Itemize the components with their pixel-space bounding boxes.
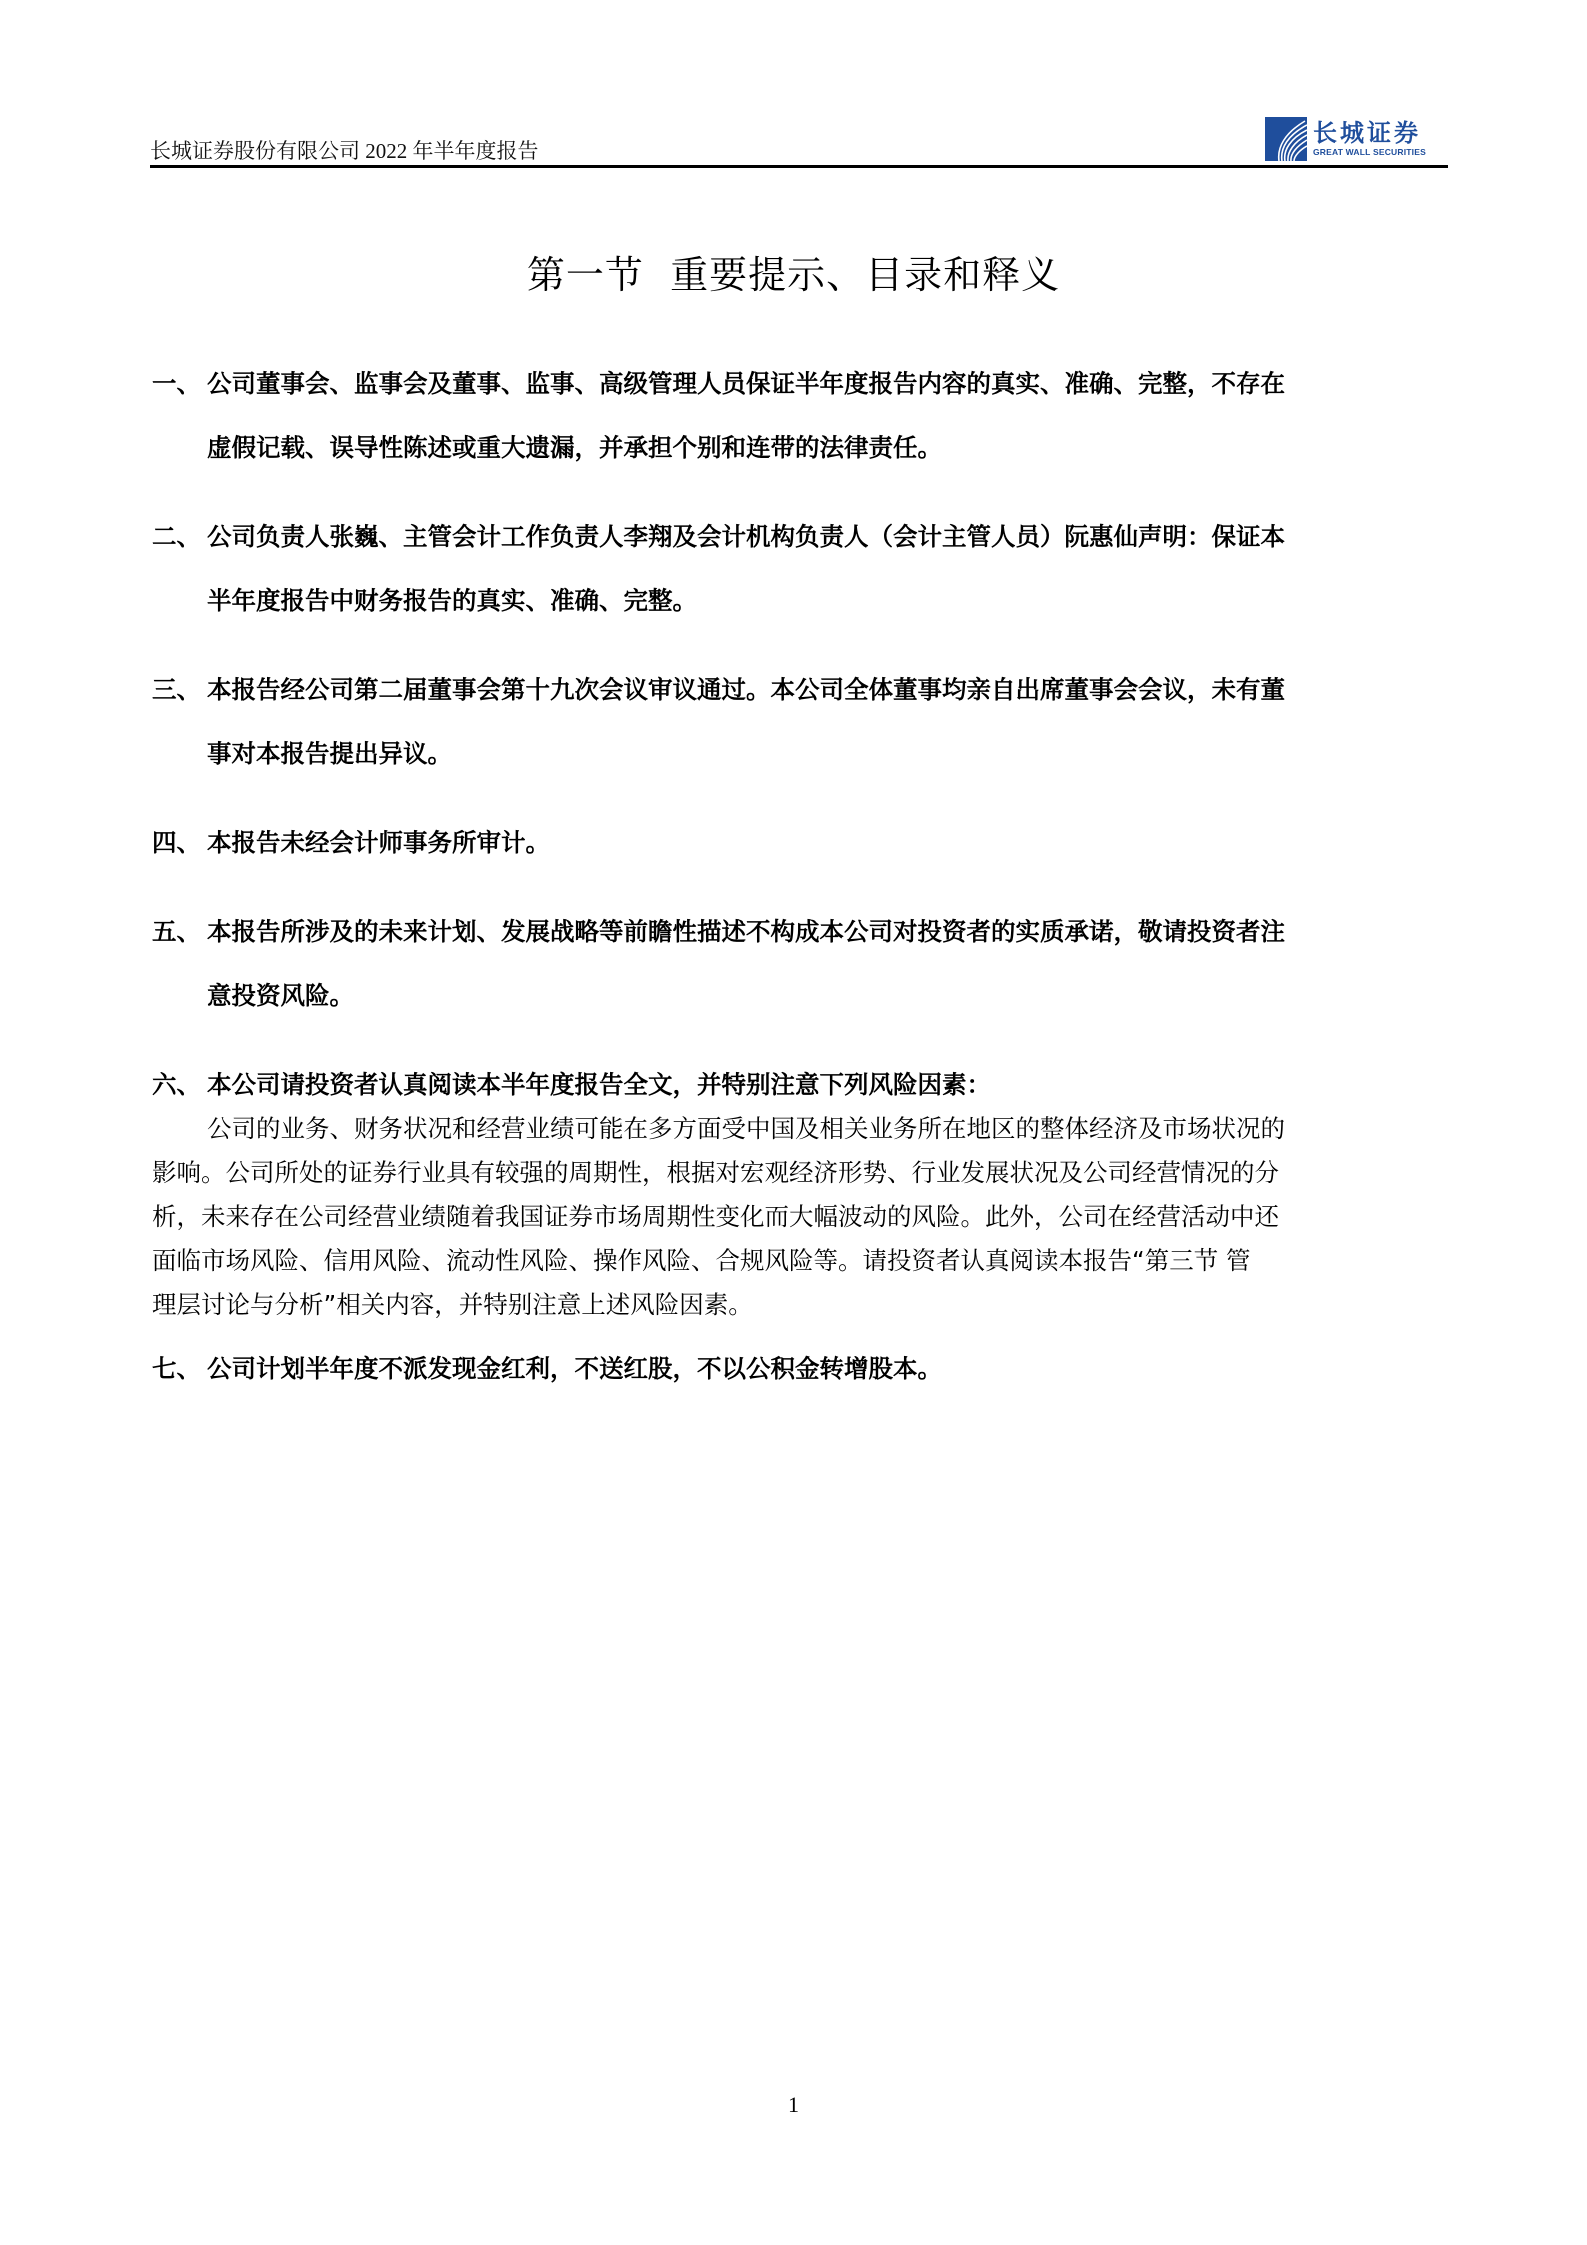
paragraph-line: 公司的业务、财务状况和经营业绩可能在多方面受中国及相关业务所在地区的整体经济及市…	[152, 1110, 1448, 1148]
paragraph-line: 面临市场风险、信用风险、流动性风险、操作风险、合规风险等。请投资者认真阅读本报告…	[152, 1242, 1448, 1280]
great-wall-logo-icon	[1265, 117, 1307, 161]
page-header: 长城证券股份有限公司 2022 年半年度报告	[150, 118, 1448, 168]
section-title: 第一节 重要提示、目录和释义	[0, 250, 1587, 300]
item-number: 三、	[152, 671, 207, 709]
item-text-line: 事对本报告提出异议。	[152, 735, 1448, 773]
item-text-line: 公司董事会、监事会及董事、监事、高级管理人员保证半年度报告内容的真实、准确、完整…	[207, 365, 1285, 403]
item-text-line: 本报告未经会计师事务所审计。	[207, 824, 550, 862]
logo-english-name: GREAT WALL SECURITIES	[1313, 146, 1426, 158]
header-divider	[150, 165, 1448, 168]
paragraph-line: 影响。公司所处的证券行业具有较强的周期性，根据对宏观经济形势、行业发展状况及公司…	[152, 1154, 1448, 1192]
notice-item-2: 二、 公司负责人张巍、主管会计工作负责人李翔及会计机构负责人（会计主管人员）阮惠…	[152, 518, 1448, 620]
item-number: 一、	[152, 365, 207, 403]
item-text-line: 本报告经公司第二届董事会第十九次会议审议通过。本公司全体董事均亲自出席董事会会议…	[207, 671, 1285, 709]
item-text-line: 公司负责人张巍、主管会计工作负责人李翔及会计机构负责人（会计主管人员）阮惠仙声明…	[207, 518, 1285, 556]
paragraph-line: 理层讨论与分析”相关内容，并特别注意上述风险因素。	[152, 1286, 1448, 1324]
item-text-line: 半年度报告中财务报告的真实、准确、完整。	[152, 582, 1448, 620]
item-number: 六、	[152, 1066, 207, 1104]
header-title: 长城证券股份有限公司 2022 年半年度报告	[150, 138, 539, 164]
item-text-line: 本公司请投资者认真阅读本半年度报告全文，并特别注意下列风险因素：	[207, 1066, 991, 1104]
notice-item-7: 七、 公司计划半年度不派发现金红利，不送红股，不以公积金转增股本。	[152, 1350, 1448, 1388]
risk-factors-paragraph: 公司的业务、财务状况和经营业绩可能在多方面受中国及相关业务所在地区的整体经济及市…	[152, 1110, 1448, 1324]
item-number: 二、	[152, 518, 207, 556]
important-notices: 一、 公司董事会、监事会及董事、监事、高级管理人员保证半年度报告内容的真实、准确…	[152, 365, 1448, 1388]
notice-item-1: 一、 公司董事会、监事会及董事、监事、高级管理人员保证半年度报告内容的真实、准确…	[152, 365, 1448, 467]
notice-item-6: 六、 本公司请投资者认真阅读本半年度报告全文，并特别注意下列风险因素： 公司的业…	[152, 1066, 1448, 1324]
notice-item-4: 四、 本报告未经会计师事务所审计。	[152, 824, 1448, 862]
item-number: 七、	[152, 1350, 207, 1388]
item-text-line: 公司计划半年度不派发现金红利，不送红股，不以公积金转增股本。	[207, 1350, 942, 1388]
item-text-line: 意投资风险。	[152, 977, 1448, 1015]
item-text-line: 虚假记载、误导性陈述或重大遗漏，并承担个别和连带的法律责任。	[152, 429, 1448, 467]
paragraph-line: 析，未来存在公司经营业绩随着我国证券市场周期性变化而大幅波动的风险。此外，公司在…	[152, 1198, 1448, 1236]
item-text-line: 本报告所涉及的未来计划、发展战略等前瞻性描述不构成本公司对投资者的实质承诺，敬请…	[207, 913, 1285, 951]
notice-item-5: 五、 本报告所涉及的未来计划、发展战略等前瞻性描述不构成本公司对投资者的实质承诺…	[152, 913, 1448, 1015]
logo-chinese-name: 长城证券	[1313, 120, 1421, 146]
notice-item-3: 三、 本报告经公司第二届董事会第十九次会议审议通过。本公司全体董事均亲自出席董事…	[152, 671, 1448, 773]
company-logo: 长城证券 GREAT WALL SECURITIES	[1265, 117, 1448, 161]
item-number: 五、	[152, 913, 207, 951]
item-number: 四、	[152, 824, 207, 862]
page-number: 1	[0, 2092, 1587, 2118]
